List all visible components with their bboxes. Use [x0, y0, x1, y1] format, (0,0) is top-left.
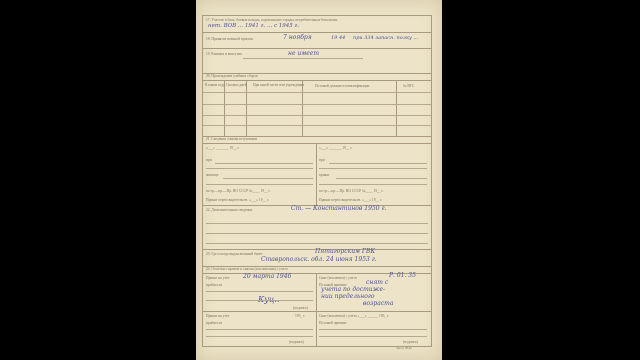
b1-reason-2: учета по достиже-	[321, 286, 385, 293]
right-oath: Принят переосвидетельств. «___» 19__ г.	[319, 198, 382, 202]
section-18: 18. Принятие военной присяги 7 ноября 19…	[203, 32, 431, 49]
right-place: приказ	[319, 173, 329, 177]
b1-removed-label: Снят (исключен) с учета	[319, 276, 357, 280]
section-19-label: 19. Ранения и контузии	[206, 52, 242, 56]
b1-accepted-label: Принят на учет	[206, 276, 230, 280]
section-18-note: при 334 запасн. полку ...	[353, 35, 418, 41]
left-oath: Принят переосвидетельств. «___» 19__ г.	[206, 198, 269, 202]
b2-accepted-label: Принят на учет	[206, 314, 230, 318]
print-order-number: Заказ 2842	[396, 346, 412, 350]
section-23-value-2: Ставропольск. обл. 24 июня 1953 г.	[261, 256, 377, 263]
col-year: В каком году	[205, 83, 225, 87]
section-21-label: 21. Сведения о вновь вступлении	[206, 137, 257, 141]
section-23: 23. Где и когда выдан военный билет Пяти…	[203, 249, 431, 267]
b1-arrived-label: прибыл из	[206, 283, 222, 287]
right-date: «___» _______ 19__ г.	[319, 146, 352, 150]
b2-arrived-label: прибыл из	[206, 321, 222, 325]
col-vus: № ВУС	[403, 84, 414, 88]
section-19-value: не имеет	[288, 50, 319, 57]
section-17-value: нет. ВОВ ... 1941 г. ... с 1945 г.	[208, 23, 299, 29]
section-18-label: 18. Принятие военной присяги	[206, 37, 253, 41]
section-23-value-1: Пятигорским ГВК	[315, 248, 375, 255]
section-24-label: 24. Отметки о приеме и снятии (исключени…	[206, 267, 288, 271]
b1-reason-4: возраста	[363, 300, 393, 307]
registration-block-2: Принят на учет 195_ г. прибыл из (подпис…	[203, 311, 431, 346]
section-17: 17. Участие в боях, боевые походы, парти…	[203, 16, 431, 33]
section-22-label: 22. Дополнительные сведения	[206, 208, 252, 212]
section-19: 19. Ранения и контузии не имеет	[203, 48, 431, 74]
col-days: Сколько дней	[226, 83, 247, 87]
b1-removed-value: Р. 01. 35	[389, 272, 416, 279]
left-place: жилище	[206, 173, 219, 177]
right-who: при	[319, 158, 325, 162]
left-date: «___» _______ 19__ г.	[206, 146, 239, 150]
right-order: по гр.—пр.—Пр. НО СССР №____ 19__ г.	[319, 189, 384, 193]
left-who: при	[206, 158, 212, 162]
b1-reason-3: нии предельного	[321, 293, 375, 300]
b1-reason-1: снят с	[366, 279, 388, 286]
left-order: по гр.—пр.—Пр. НО СССР №____ 19__ г.	[206, 189, 271, 193]
section-18-date: 7 ноября	[283, 34, 312, 41]
section-20-label: 20. Прохождение учебных сборов	[206, 74, 258, 78]
document-page: 17. Участие в боях, боевые походы, парти…	[196, 0, 442, 360]
section-18-year: 19 44	[331, 35, 345, 41]
b2-removed-label: Снят (исключен) с учета «___» ______ 195…	[319, 314, 389, 318]
section-22: 22. Дополнительные сведения Ст. — Конста…	[203, 205, 431, 250]
b1-accepted-value: 20 марта 1946	[243, 273, 291, 280]
section-23-label: 23. Где и когда выдан военный билет	[206, 252, 263, 256]
training-table: В каком году Сколько дней При какой част…	[203, 80, 431, 137]
section-21-body: «___» _______ 19__ г. при жилище по гр.—…	[203, 143, 431, 206]
b2-year: 195_ г.	[295, 314, 305, 318]
form-frame: 17. Участие в боях, боевые походы, парти…	[202, 15, 432, 347]
section-22-value: Ст. — Константинов 1950 г.	[291, 205, 386, 212]
registration-block-1: Принят на учет 20 марта 1946 прибыл из К…	[203, 273, 431, 312]
col-unit: При какой части или учреждении	[253, 83, 304, 87]
b2-sign-label: (подпись)	[289, 340, 304, 344]
col-position: По какой должности квалификации	[315, 84, 369, 88]
b2-sign-label-right: (подпись)	[403, 340, 418, 344]
b1-sign-label: (подпись)	[293, 306, 308, 310]
b2-reason-label: По какой причине	[319, 321, 347, 325]
section-17-label: 17. Участие в боях, боевые походы, парти…	[206, 18, 337, 22]
